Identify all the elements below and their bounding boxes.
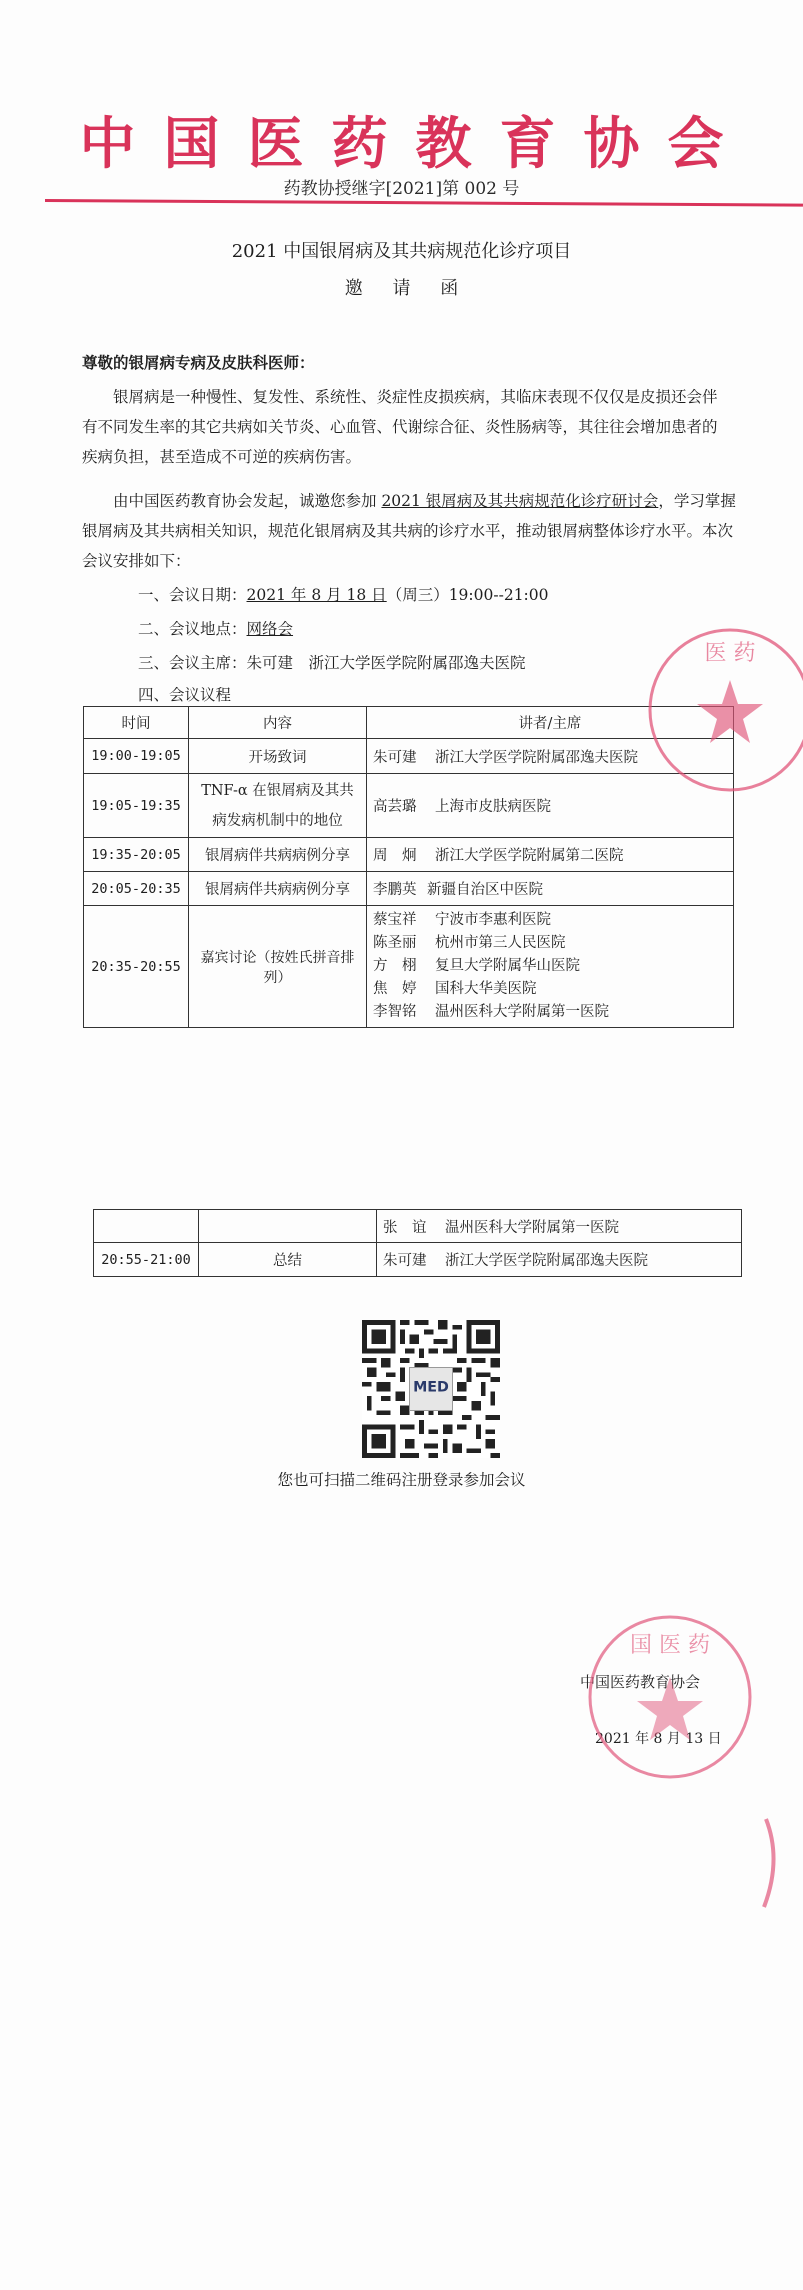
speaker-name: 李鹏英	[373, 878, 427, 899]
date-value: 2021 年 8 月 18 日	[247, 586, 387, 604]
content-cell: TNF-α 在银屑病及其共病发病机制中的地位	[189, 774, 367, 838]
svg-text:国 医 药: 国 医 药	[630, 1633, 710, 1658]
meeting-chair: 三、会议主席：朱可建 浙江大学医学院附属邵逸夫医院	[138, 652, 526, 674]
meeting-date: 一、会议日期：2021 年 8 月 18 日（周三）19:00--21:00	[138, 584, 549, 606]
speaker-cell: 朱可建浙江大学医学院附属邵逸夫医院	[377, 1243, 742, 1277]
speaker-org: 浙江大学医学院附属第二医院	[435, 848, 624, 864]
speaker-name: 蔡宝祥	[373, 909, 435, 932]
speaker-org: 复旦大学附属华山医院	[435, 958, 580, 974]
speaker-org: 新疆自治区中医院	[427, 882, 543, 898]
time-cell: 20:35-20:55	[84, 906, 189, 1028]
svg-text:MED: MED	[413, 1379, 449, 1395]
header-divider	[45, 199, 803, 207]
table-row: 19:35-20:05 银屑病伴共病病例分享 周 炯浙江大学医学院附属第二医院	[84, 838, 734, 872]
table-row: 张 谊温州医科大学附属第一医院	[94, 1210, 742, 1243]
speaker-org: 温州医科大学附属第一医院	[445, 1220, 619, 1236]
speaker-org: 上海市皮肤病医院	[435, 799, 551, 815]
qr-code-icon[interactable]: MED	[362, 1320, 500, 1458]
speaker-name: 陈圣丽	[373, 932, 435, 955]
time-cell: 19:05-19:35	[84, 774, 189, 838]
time-cell	[94, 1210, 199, 1243]
speaker-name: 方 栩	[373, 955, 435, 978]
panelist: 陈圣丽杭州市第三人民医院	[373, 932, 727, 955]
signature-date: 2021 年 8 月 13 日	[595, 1728, 722, 1748]
speaker-cell: 张 谊温州医科大学附属第一医院	[377, 1210, 742, 1243]
agenda-table-continued: 张 谊温州医科大学附属第一医院 20:55-21:00 总结 朱可建浙江大学医学…	[93, 1209, 742, 1277]
location-label: 二、会议地点：	[138, 620, 247, 638]
speaker-cell: 李鹏英新疆自治区中医院	[367, 872, 734, 906]
speaker-org: 杭州市第三人民医院	[435, 935, 566, 951]
organization-title: 中国医药教育协会	[0, 100, 803, 180]
header-speaker: 讲者/主席	[367, 707, 734, 739]
chair-value: 朱可建 浙江大学医学院附属邵逸夫医院	[247, 654, 526, 672]
greeting: 尊敬的银屑病专病及皮肤科医师：	[82, 348, 722, 378]
table-row: 19:00-19:05 开场致词 朱可建浙江大学医学院附属邵逸夫医院	[84, 739, 734, 774]
chair-label: 三、会议主席：	[138, 654, 247, 672]
speaker-name: 朱可建	[373, 746, 435, 767]
project-title: 2021 中国银屑病及其共病规范化诊疗项目	[0, 237, 803, 263]
qr-caption: 您也可扫描二维码注册登录参加会议	[0, 1468, 803, 1490]
seal-fragment-icon	[760, 1815, 790, 1915]
speaker-org: 浙江大学医学院附属邵逸夫医院	[435, 750, 638, 766]
speaker-name: 朱可建	[383, 1249, 445, 1270]
meeting-location: 二、会议地点：网络会	[138, 618, 293, 640]
svg-text:医 药: 医 药	[705, 641, 756, 666]
speaker-org: 温州医科大学附属第一医院	[435, 1004, 609, 1020]
paragraph-intro: 银屑病是一种慢性、复发性、系统性、炎症性皮损疾病，其临床表现不仅仅是皮损还会伴有…	[82, 382, 718, 472]
paragraph-invitation: 由中国医药教育协会发起，诚邀您参加 2021 银屑病及其共病规范化诊疗研讨会，学…	[82, 486, 740, 576]
speaker-name: 李智铭	[373, 1001, 435, 1024]
speaker-org: 浙江大学医学院附属邵逸夫医院	[445, 1253, 648, 1269]
content-cell: 开场致词	[189, 739, 367, 774]
header-content: 内容	[189, 707, 367, 739]
time-cell: 20:55-21:00	[94, 1243, 199, 1277]
speaker-cell: 高芸璐上海市皮肤病医院	[367, 774, 734, 838]
speaker-cell: 蔡宝祥宁波市李惠利医院 陈圣丽杭州市第三人民医院 方 栩复旦大学附属华山医院 焦…	[367, 906, 734, 1028]
panelist: 蔡宝祥宁波市李惠利医院	[373, 909, 727, 932]
speaker-cell: 朱可建浙江大学医学院附属邵逸夫医院	[367, 739, 734, 774]
panelist: 方 栩复旦大学附属华山医院	[373, 955, 727, 978]
panelist: 李智铭温州医科大学附属第一医院	[373, 1001, 727, 1024]
speaker-name: 张 谊	[383, 1216, 445, 1237]
table-row: 19:05-19:35 TNF-α 在银屑病及其共病发病机制中的地位 高芸璐上海…	[84, 774, 734, 838]
speaker-cell: 周 炯浙江大学医学院附属第二医院	[367, 838, 734, 872]
signature-organization: 中国医药教育协会	[580, 1671, 700, 1692]
time-cell: 20:05-20:35	[84, 872, 189, 906]
speaker-name: 高芸璐	[373, 795, 435, 816]
table-row: 20:55-21:00 总结 朱可建浙江大学医学院附属邵逸夫医院	[94, 1243, 742, 1277]
speaker-org: 宁波市李惠利医院	[435, 912, 551, 928]
seal-stamp-icon: 国 医 药	[585, 1612, 755, 1782]
table-row: 20:05-20:35 银屑病伴共病病例分享 李鹏英新疆自治区中医院	[84, 872, 734, 906]
document-number: 药教协授继字[2021]第 002 号	[0, 174, 803, 199]
date-extra: （周三）19:00--21:00	[387, 586, 549, 604]
content-cell: 嘉宾讨论（按姓氏拼音排列）	[189, 906, 367, 1028]
content-cell: 银屑病伴共病病例分享	[189, 872, 367, 906]
agenda-header-row: 时间 内容 讲者/主席	[84, 707, 734, 739]
panelist: 焦 婷国科大华美医院	[373, 978, 727, 1001]
time-cell: 19:35-20:05	[84, 838, 189, 872]
invitation-prefix: 由中国医药教育协会发起，诚邀您参加	[113, 492, 381, 510]
header-time: 时间	[84, 707, 189, 739]
speaker-name: 周 炯	[373, 844, 435, 865]
content-cell: 总结	[199, 1243, 377, 1277]
agenda-label: 四、会议议程	[138, 684, 231, 706]
content-cell	[199, 1210, 377, 1243]
speaker-name: 焦 婷	[373, 978, 435, 1001]
event-name: 2021 银屑病及其共病规范化诊疗研讨会	[381, 492, 658, 510]
date-label: 一、会议日期：	[138, 586, 247, 604]
speaker-org: 国科大华美医院	[435, 981, 537, 997]
location-value: 网络会	[247, 620, 294, 638]
time-cell: 19:00-19:05	[84, 739, 189, 774]
letter-title: 邀 请 函	[0, 274, 803, 300]
table-row: 20:35-20:55 嘉宾讨论（按姓氏拼音排列） 蔡宝祥宁波市李惠利医院 陈圣…	[84, 906, 734, 1028]
agenda-table: 时间 内容 讲者/主席 19:00-19:05 开场致词 朱可建浙江大学医学院附…	[83, 706, 734, 1028]
content-cell: 银屑病伴共病病例分享	[189, 838, 367, 872]
